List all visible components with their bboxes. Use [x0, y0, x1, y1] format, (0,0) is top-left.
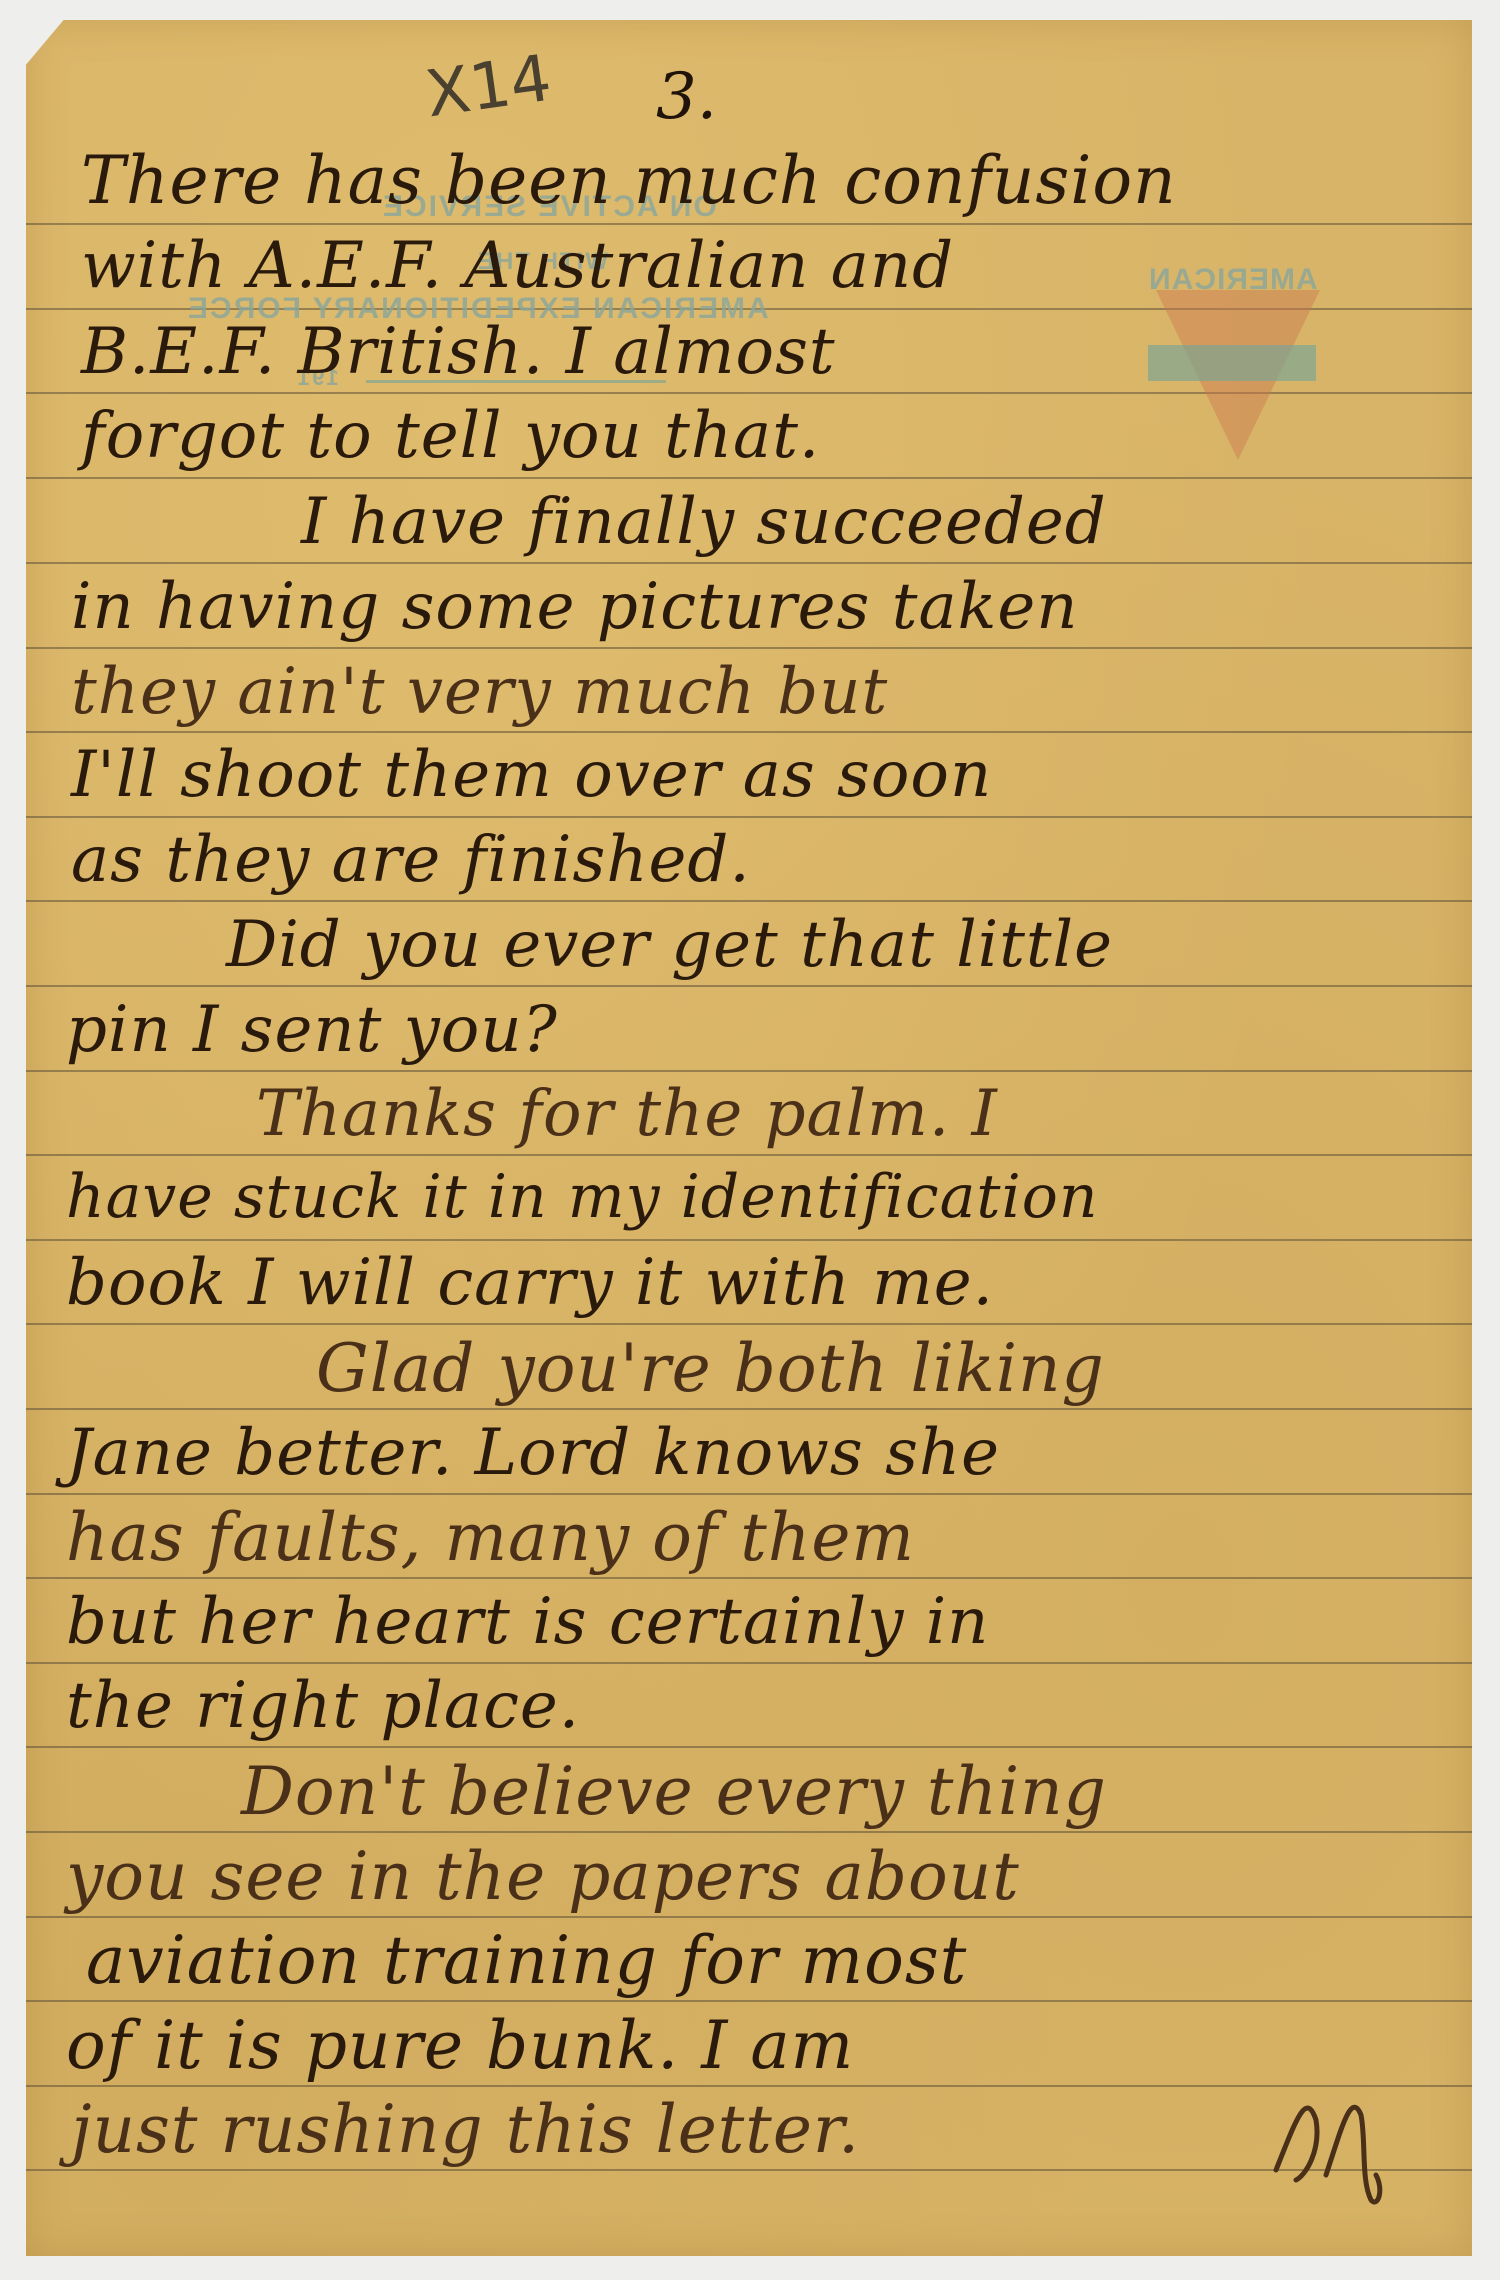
- ruled-line: [26, 1916, 1472, 1918]
- letter-line: Glad you're both liking: [316, 1336, 1105, 1402]
- ruled-line: [26, 2169, 1472, 2171]
- letter-line: of it is pure bunk. I am: [66, 2013, 854, 2079]
- letter-line: Jane better. Lord knows she: [66, 1421, 1000, 1485]
- letter-line: I'll shoot them over as soon: [71, 743, 992, 807]
- ruled-line: [26, 2085, 1472, 2087]
- archive-annotation: X14: [421, 42, 555, 133]
- letter-line: aviation training for most: [86, 1928, 967, 1994]
- ruled-line: [26, 477, 1472, 479]
- emblem-label-american: AMERICAN: [1148, 263, 1318, 297]
- letter-line: as they are finished.: [71, 828, 751, 892]
- ruled-line: [26, 900, 1472, 902]
- ruled-line: [26, 1323, 1472, 1325]
- ruled-line: [26, 1831, 1472, 1833]
- letter-line: I have finally succeeded: [301, 490, 1107, 554]
- ruled-line: [26, 2000, 1472, 2002]
- ruled-line: [26, 1154, 1472, 1156]
- letter-line: just rushing this letter.: [71, 2097, 860, 2163]
- emblem-box: [1148, 345, 1316, 381]
- closing-flourish-mark: [1266, 2080, 1406, 2210]
- letter-line: pin I sent you?: [66, 998, 558, 1062]
- letter-line: There has been much confusion: [81, 148, 1177, 214]
- letter-line: B.E.F. British. I almost: [81, 320, 836, 384]
- page-number: 3.: [656, 60, 717, 134]
- ruled-line: [26, 1746, 1472, 1748]
- letter-line: the right place.: [66, 1674, 580, 1738]
- letter-line: forgot to tell you that.: [81, 404, 820, 468]
- ruled-line: [26, 223, 1472, 225]
- ruled-line: [26, 1408, 1472, 1410]
- ruled-line: [26, 1239, 1472, 1241]
- ruled-line: [26, 816, 1472, 818]
- ruled-line: [26, 647, 1472, 649]
- letter-line: you see in the papers about: [66, 1844, 1020, 1910]
- letter-paper: ON ACTIVE SERVICE WITH THE AMERICAN EXPE…: [26, 20, 1472, 2256]
- letter-line: they ain't very much but: [71, 660, 888, 724]
- ruled-line: [26, 1070, 1472, 1072]
- ruled-line: [26, 731, 1472, 733]
- ruled-line: [26, 1662, 1472, 1664]
- letter-line: Did you ever get that little: [226, 913, 1113, 977]
- letter-line: has faults, many of them: [66, 1505, 915, 1571]
- letter-line: book I will carry it with me.: [66, 1251, 994, 1315]
- letter-line: but her heart is certainly in: [66, 1590, 989, 1654]
- ruled-line: [26, 1577, 1472, 1579]
- ruled-line: [26, 1493, 1472, 1495]
- letter-line: have stuck it in my identification: [66, 1167, 1099, 1227]
- ruled-line: [26, 562, 1472, 564]
- letter-line: Thanks for the palm. I: [256, 1082, 998, 1146]
- letter-line: with A.E.F. Australian and: [81, 234, 954, 298]
- letter-line: Don't believe every thing: [241, 1759, 1107, 1825]
- letter-line: in having some pictures taken: [71, 575, 1078, 639]
- ruled-line: [26, 985, 1472, 987]
